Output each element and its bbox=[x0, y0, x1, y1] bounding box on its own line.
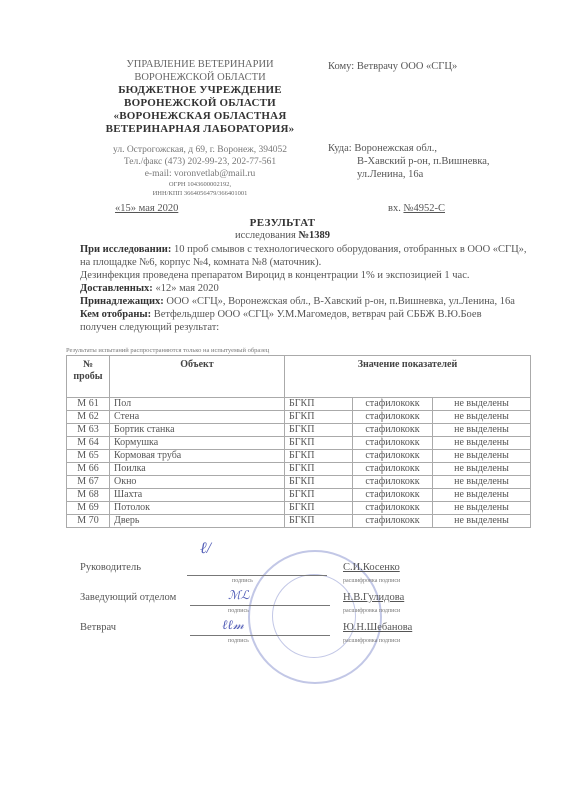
sample-object: Кормушка bbox=[110, 437, 285, 450]
recipient-address-line: ул.Ленина, 16а bbox=[328, 168, 490, 181]
signature-role: Руководитель bbox=[80, 562, 141, 573]
test-result: не выделены bbox=[433, 424, 531, 437]
table-row: М 68ШахтаБГКПстафилококкне выделены bbox=[67, 489, 531, 502]
document-title: РЕЗУЛЬТАТ bbox=[0, 217, 565, 229]
department-line: ВОРОНЕЖСКОЙ ОБЛАСТИ bbox=[80, 71, 320, 84]
table-row: М 70ДверьБГКПстафилококкне выделены bbox=[67, 515, 531, 528]
sample-id: М 64 bbox=[67, 437, 110, 450]
owner-info: Принадлежащих: ООО «СГЦ», Воронежская об… bbox=[80, 295, 530, 308]
sample-id: М 65 bbox=[67, 450, 110, 463]
org-name-line: «ВОРОНЕЖСКАЯ ОБЛАСТНАЯ bbox=[80, 110, 320, 123]
signatory-name-caption: расшифровка подписи bbox=[343, 578, 400, 584]
org-name-line: ВЕТЕРИНАРНАЯ ЛАБОРАТОРИЯ» bbox=[80, 123, 320, 136]
org-name-line: БЮДЖЕТНОЕ УЧРЕЖДЕНИЕ bbox=[80, 84, 320, 97]
table-row: М 64КормушкаБГКПстафилококкне выделены bbox=[67, 437, 531, 450]
sample-id: М 67 bbox=[67, 476, 110, 489]
table-row: М 65Кормовая трубаБГКПстафилококкне выде… bbox=[67, 450, 531, 463]
signature-line bbox=[190, 605, 330, 606]
sample-object: Поилка bbox=[110, 463, 285, 476]
handwritten-signature-icon: ℳℒ bbox=[228, 588, 249, 603]
test-bgkp: БГКП bbox=[285, 450, 353, 463]
letterhead: УПРАВЛЕНИЕ ВЕТЕРИНАРИИ ВОРОНЕЖСКОЙ ОБЛАС… bbox=[80, 58, 320, 198]
sample-id: М 61 bbox=[67, 398, 110, 411]
signatory-name: Н.В.Гулидова bbox=[343, 592, 404, 603]
table-row: М 62СтенаБГКПстафилококкне выделены bbox=[67, 411, 531, 424]
results-table: № пробы Объект Значение показателей М 61… bbox=[66, 355, 531, 528]
test-bgkp: БГКП bbox=[285, 411, 353, 424]
test-result: не выделены bbox=[433, 398, 531, 411]
sample-id: М 63 bbox=[67, 424, 110, 437]
org-name-line: ВОРОНЕЖСКОЙ ОБЛАСТИ bbox=[80, 97, 320, 110]
test-staph: стафилококк bbox=[353, 463, 433, 476]
table-row: М 69ПотолокБГКПстафилококкне выделены bbox=[67, 502, 531, 515]
incoming-number-value: №4952-С bbox=[403, 203, 445, 214]
sample-object: Окно bbox=[110, 476, 285, 489]
test-staph: стафилококк bbox=[353, 515, 433, 528]
signatory-name-caption: расшифровка подписи bbox=[343, 638, 400, 644]
test-bgkp: БГКП bbox=[285, 515, 353, 528]
document-subtitle: исследования №1389 bbox=[0, 230, 565, 241]
test-bgkp: БГКП bbox=[285, 398, 353, 411]
research-description: При исследовании: 10 проб смывов с техно… bbox=[80, 243, 530, 269]
research-label: При исследовании: bbox=[80, 244, 171, 255]
table-header-row: № пробы Объект Значение показателей bbox=[67, 356, 531, 398]
table-row: М 67ОкноБГКПстафилококкне выделены bbox=[67, 476, 531, 489]
org-address: ул. Острогожская, д 69, г. Воронеж, 3940… bbox=[80, 144, 320, 156]
test-result: не выделены bbox=[433, 515, 531, 528]
recipient-address-line: В-Хавский р-он, п.Вишневка, bbox=[328, 155, 490, 168]
test-staph: стафилококк bbox=[353, 476, 433, 489]
org-phone: Тел./факс (473) 202-99-23, 202-77-561 bbox=[80, 156, 320, 168]
recipient-address-line: Куда: Воронежская обл., bbox=[328, 142, 490, 155]
sample-id: М 66 bbox=[67, 463, 110, 476]
sample-object: Пол bbox=[110, 398, 285, 411]
signatory-name: Ю.Н.Шебанова bbox=[343, 622, 412, 633]
owner-label: Принадлежащих: bbox=[80, 296, 164, 307]
delivered-label: Доставленных: bbox=[80, 283, 153, 294]
signatory-name: С.И.Косенко bbox=[343, 562, 400, 573]
test-staph: стафилококк bbox=[353, 450, 433, 463]
recipient-to: Кому: Ветврачу ООО «СГЦ» bbox=[328, 61, 457, 72]
delivered-text: «12» мая 2020 bbox=[153, 283, 219, 294]
handwritten-signature-icon: ℓ/ bbox=[200, 540, 211, 558]
sample-object: Шахта bbox=[110, 489, 285, 502]
test-result: не выделены bbox=[433, 450, 531, 463]
test-bgkp: БГКП bbox=[285, 463, 353, 476]
header-values: Значение показателей bbox=[285, 356, 531, 398]
test-result: не выделены bbox=[433, 476, 531, 489]
signature-caption: подпись bbox=[228, 638, 249, 644]
signature-caption: подпись bbox=[228, 608, 249, 614]
subtitle-prefix: исследования bbox=[235, 230, 298, 241]
sample-id: М 69 bbox=[67, 502, 110, 515]
signature-caption: подпись bbox=[232, 578, 253, 584]
sample-object: Кормовая труба bbox=[110, 450, 285, 463]
header-sample-no: № пробы bbox=[67, 356, 110, 398]
signatory-name-caption: расшифровка подписи bbox=[343, 608, 400, 614]
test-bgkp: БГКП bbox=[285, 437, 353, 450]
sample-id: М 68 bbox=[67, 489, 110, 502]
test-staph: стафилококк bbox=[353, 398, 433, 411]
sample-object: Стена bbox=[110, 411, 285, 424]
test-result: не выделены bbox=[433, 463, 531, 476]
test-bgkp: БГКП bbox=[285, 502, 353, 515]
test-bgkp: БГКП bbox=[285, 489, 353, 502]
test-staph: стафилококк bbox=[353, 424, 433, 437]
sampled-label: Кем отобраны: bbox=[80, 309, 151, 320]
test-result: не выделены bbox=[433, 502, 531, 515]
results-note: Результаты испытаний распространяются то… bbox=[66, 347, 269, 354]
delivered-info: Доставленных: «12» мая 2020 bbox=[80, 282, 530, 295]
sampled-by-info: Кем отобраны: Ветфельдшер ООО «СГЦ» У.М.… bbox=[80, 308, 530, 321]
document-date: «15» мая 2020 bbox=[115, 203, 178, 214]
signature-line bbox=[190, 635, 330, 636]
sampled-text: Ветфельдшер ООО «СГЦ» У.М.Магомедов, вет… bbox=[151, 309, 481, 320]
header-object: Объект bbox=[110, 356, 285, 398]
sample-id: М 62 bbox=[67, 411, 110, 424]
sample-object: Дверь bbox=[110, 515, 285, 528]
owner-text: ООО «СГЦ», Воронежская обл., В-Хавский р… bbox=[164, 296, 515, 307]
handwritten-signature-icon: ℓℓ𝓂 bbox=[222, 617, 244, 633]
table-row: М 61ПолБГКПстафилококкне выделены bbox=[67, 398, 531, 411]
incoming-number: вх. №4952-С bbox=[388, 203, 445, 214]
test-result: не выделены bbox=[433, 437, 531, 450]
signature-line bbox=[187, 575, 327, 576]
org-inn-kpp: ИНН/КПП 3664056479/366401001 bbox=[80, 189, 320, 198]
signature-role: Заведующий отделом bbox=[80, 592, 176, 603]
sample-object: Потолок bbox=[110, 502, 285, 515]
test-staph: стафилококк bbox=[353, 502, 433, 515]
test-bgkp: БГКП bbox=[285, 424, 353, 437]
test-staph: стафилококк bbox=[353, 411, 433, 424]
test-result: не выделены bbox=[433, 411, 531, 424]
signature-role: Ветврач bbox=[80, 622, 116, 633]
test-staph: стафилококк bbox=[353, 489, 433, 502]
test-result: не выделены bbox=[433, 489, 531, 502]
sample-object: Бортик станка bbox=[110, 424, 285, 437]
sample-id: М 70 bbox=[67, 515, 110, 528]
recipient-address: Куда: Воронежская обл., В-Хавский р-он, … bbox=[328, 142, 490, 181]
org-ogrn: ОГРН 1043600002192, bbox=[80, 180, 320, 189]
disinfection-note: Дезинфекция проведена препаратом Вироцид… bbox=[80, 269, 530, 282]
test-staph: стафилококк bbox=[353, 437, 433, 450]
research-details: При исследовании: 10 проб смывов с техно… bbox=[80, 243, 530, 334]
department-line: УПРАВЛЕНИЕ ВЕТЕРИНАРИИ bbox=[80, 58, 320, 71]
table-row: М 66ПоилкаБГКПстафилококкне выделены bbox=[67, 463, 531, 476]
org-email: e-mail: voronvetlab@mail.ru bbox=[80, 168, 320, 180]
incoming-prefix: вх. bbox=[388, 203, 403, 214]
result-intro: получен следующий результат: bbox=[80, 321, 530, 334]
test-bgkp: БГКП bbox=[285, 476, 353, 489]
table-row: М 63Бортик станкаБГКПстафилококкне выдел… bbox=[67, 424, 531, 437]
research-number: №1389 bbox=[298, 230, 330, 241]
